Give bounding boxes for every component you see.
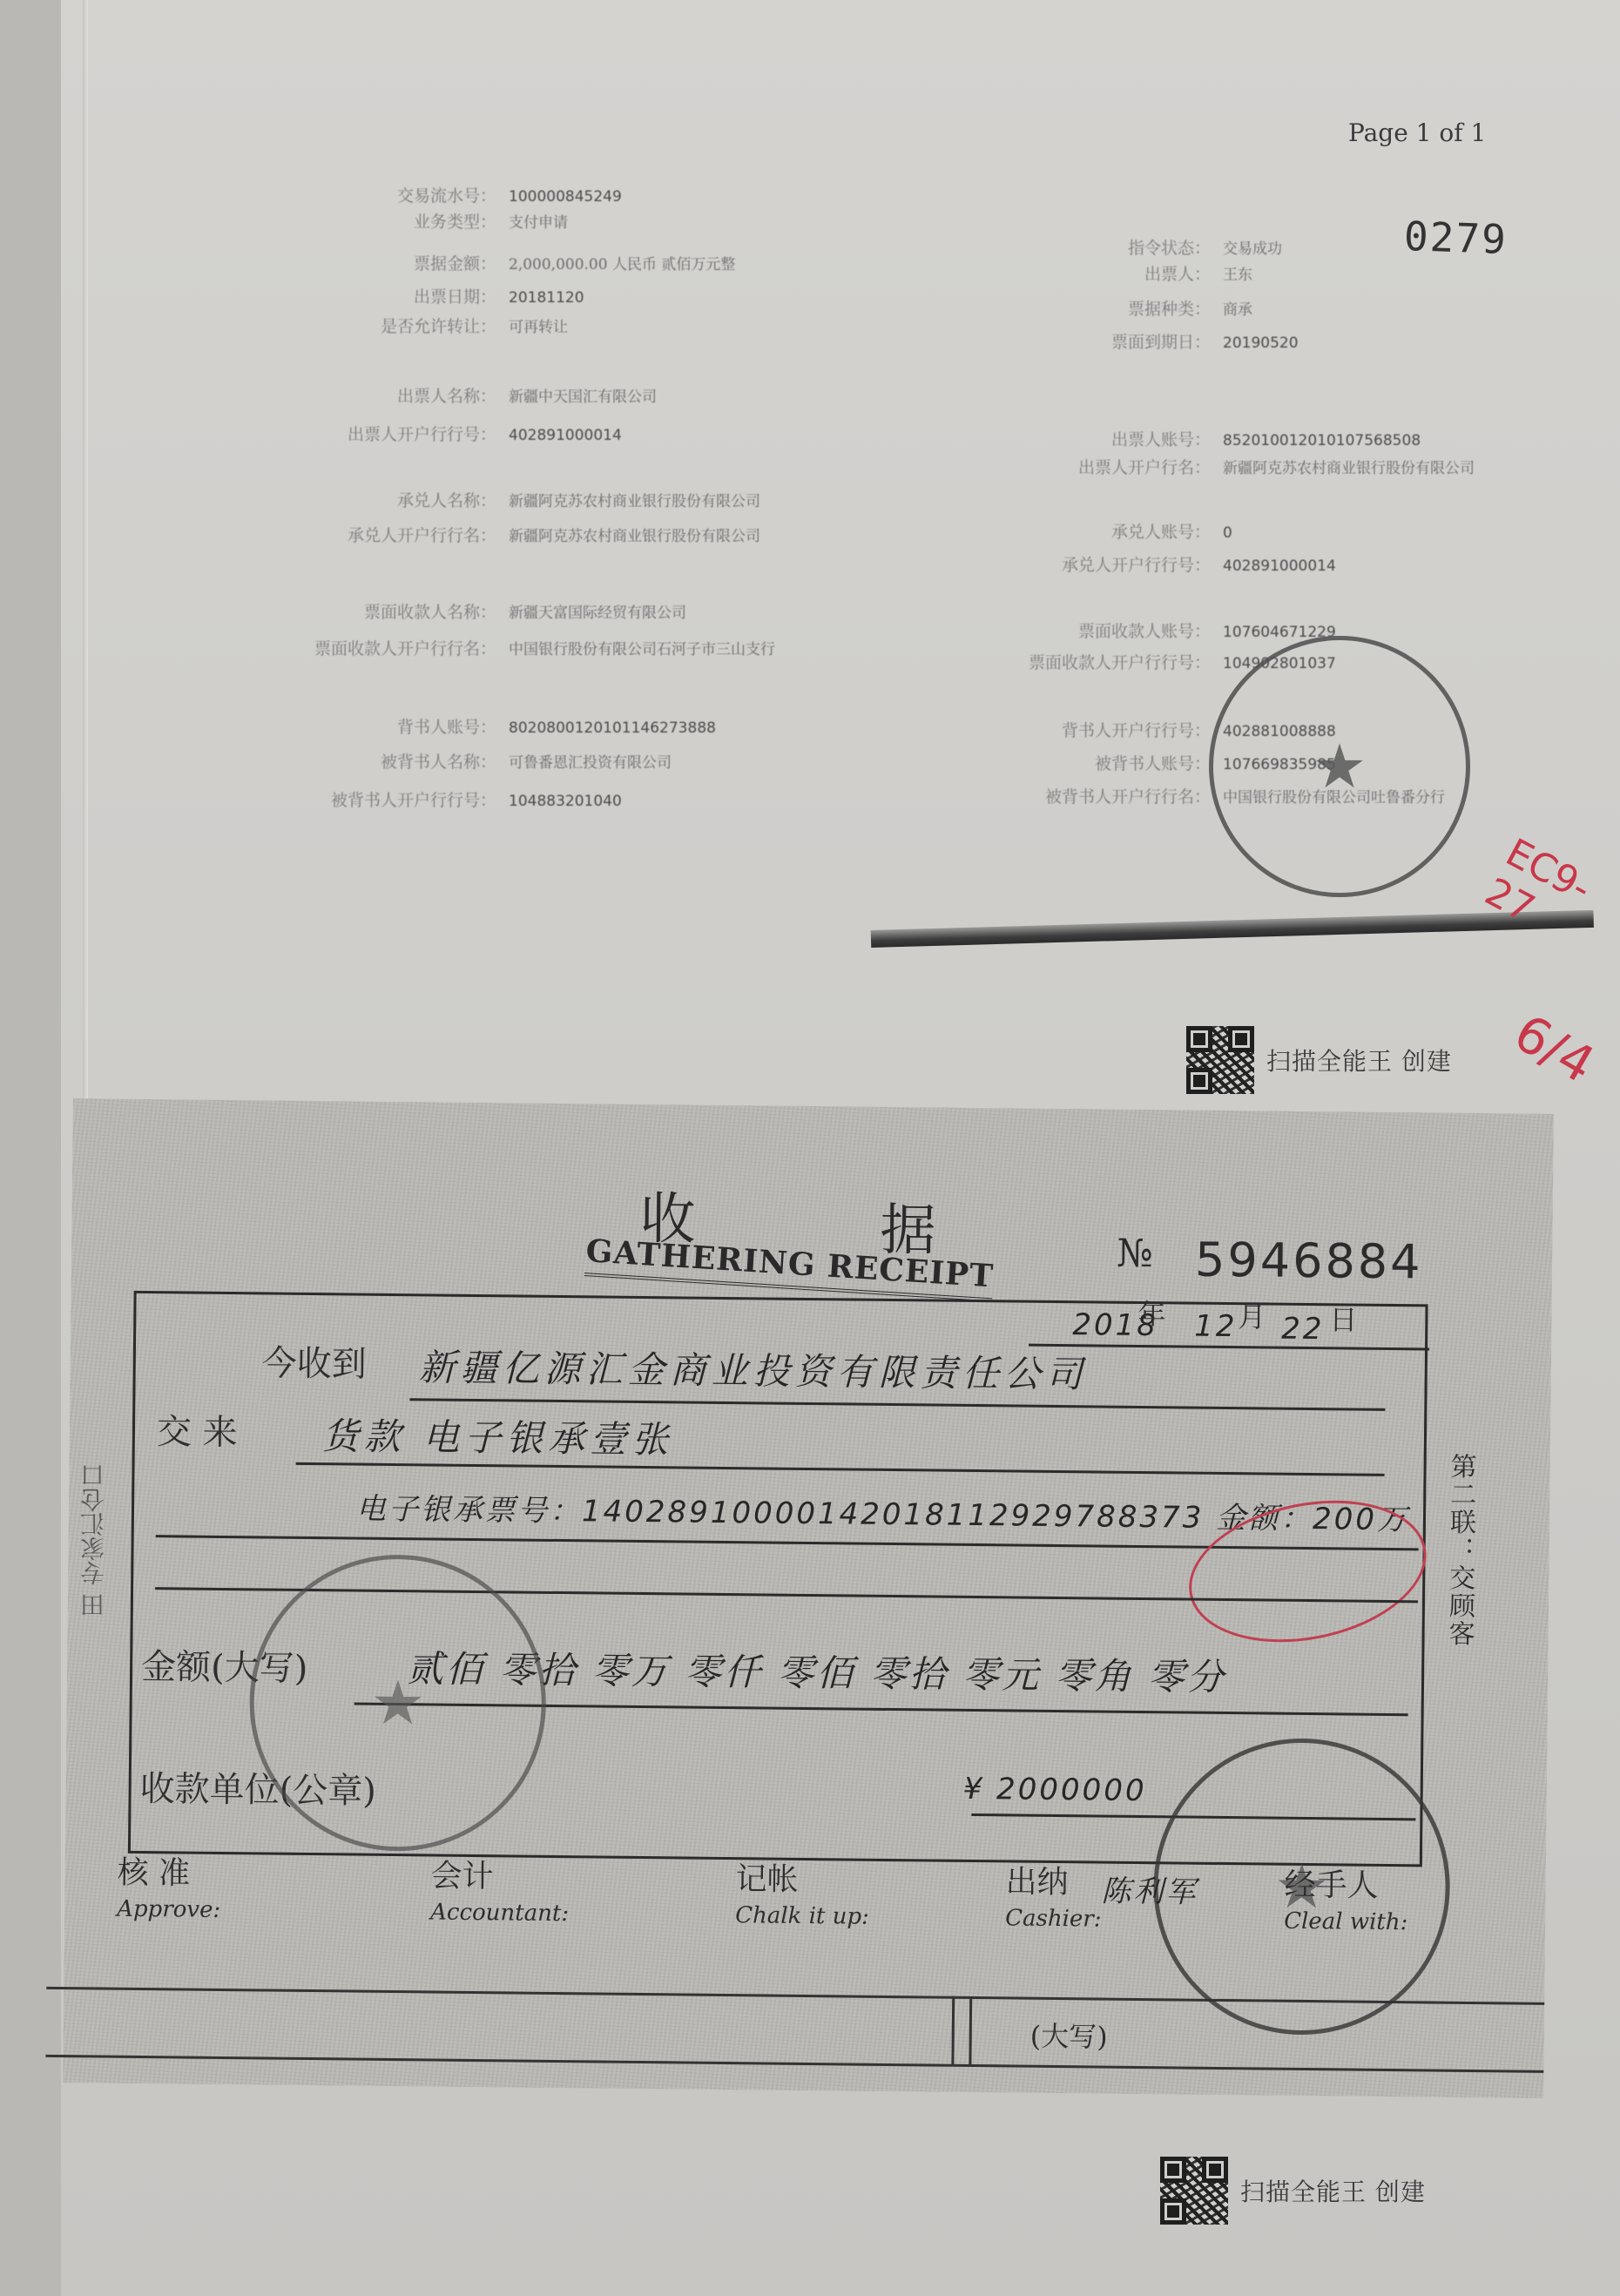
- bank-field-value: 可再转让: [509, 314, 568, 336]
- bank-field-row: 交易流水号：100000845249: [235, 183, 622, 206]
- bank-field-row: 出票人账号：852010012010107568508: [993, 427, 1421, 450]
- bank-field-label: 承兑人名称：: [235, 488, 496, 511]
- bank-field-row: 被背书人名称：可鲁番恩汇投资有限公司: [235, 749, 672, 773]
- bank-field-value: 8020800120101146273888: [509, 719, 716, 737]
- bank-field-label: 票面收款人账号：: [993, 618, 1211, 642]
- bank-field-label: 背书人账号：: [235, 714, 496, 738]
- bank-field-label: 出票人：: [993, 261, 1211, 285]
- watermark-text: 扫描全能王 创建: [1266, 1043, 1452, 1077]
- qr-code-icon: [1186, 1026, 1254, 1094]
- bank-field-label: 出票人开户行行号：: [235, 422, 496, 445]
- bank-field-row: 票面收款人开户行行名：中国银行股份有限公司石河子市三山支行: [235, 636, 775, 659]
- signature-cashier: 出纳 Cashier:: [1005, 1857, 1102, 1932]
- bank-field-label: 出票日期：: [235, 284, 496, 307]
- receipt-number: 5946884: [1195, 1232, 1423, 1290]
- stub-divider: [951, 1996, 955, 2066]
- bank-field-value: 商承: [1223, 297, 1252, 319]
- bank-field-label: 票据种类：: [993, 296, 1211, 320]
- bank-field-label: 指令状态：: [993, 235, 1211, 259]
- bank-field-value: 中国银行股份有限公司石河子市三山支行: [509, 637, 775, 658]
- watermark-text: 扫描全能王 创建: [1240, 2173, 1426, 2208]
- cashier-signature: 陈利军: [1101, 1867, 1198, 1911]
- bank-field-label: 票面收款人名称：: [235, 599, 496, 623]
- bank-field-label: 承兑人开户行行号：: [993, 552, 1211, 576]
- bank-field-row: 票据种类：商承: [993, 296, 1252, 320]
- bank-field-row: 票面收款人名称：新疆天富国际经贸有限公司: [235, 599, 686, 623]
- bank-field-label: 票面到期日：: [993, 329, 1211, 353]
- bank-field-value: 新疆阿克苏农村商业银行股份有限公司: [1223, 456, 1475, 477]
- bank-field-value: 支付申请: [509, 210, 568, 232]
- bank-field-label: 业务类型：: [235, 209, 496, 233]
- bank-field-row: 票面到期日：20190520: [993, 329, 1299, 353]
- bank-field-row: 指令状态：交易成功: [993, 235, 1282, 259]
- scanner-watermark-top: 扫描全能王 创建: [1186, 1026, 1452, 1094]
- bank-field-value: 王东: [1223, 262, 1252, 284]
- bank-field-label: 被背书人开户行行名：: [993, 784, 1211, 807]
- bank-field-label: 承兑人账号：: [993, 519, 1211, 543]
- bank-field-value: 可鲁番恩汇投资有限公司: [509, 750, 672, 772]
- gathering-receipt: 收 据 GATHERING RECEIPT № 5946884 2018 年 1…: [63, 1098, 1554, 2098]
- stub-label: (大写): [1030, 2015, 1108, 2056]
- bank-field-value: 402891000014: [509, 427, 622, 444]
- bank-field-value: 新疆中天国汇有限公司: [509, 384, 657, 406]
- bank-field-row: 出票人开户行行号：402891000014: [235, 422, 622, 445]
- stub-divider-2: [969, 1996, 972, 2066]
- bank-field-label: 是否允许转让：: [235, 314, 496, 337]
- amount-figure: ¥ 2000000: [963, 1772, 1147, 1808]
- stub-bottom-line: [45, 2055, 1543, 2073]
- page-indicator: Page 1 of 1: [1348, 118, 1486, 147]
- bank-field-row: 出票人开户行名：新疆阿克苏农村商业银行股份有限公司: [993, 455, 1475, 478]
- bank-field-row: 承兑人开户行行号：402891000014: [993, 552, 1336, 576]
- bank-field-row: 出票日期：20181120: [235, 284, 584, 307]
- star-icon: ★: [370, 1667, 426, 1739]
- bank-field-label: 背书人开户行行号：: [993, 718, 1211, 741]
- bank-field-value: 新疆阿克苏农村商业银行股份有限公司: [509, 489, 760, 510]
- received-from-label: 今收到: [262, 1335, 368, 1386]
- qr-code-icon: [1160, 2157, 1228, 2225]
- bank-field-value: 交易成功: [1223, 236, 1282, 258]
- signature-handler: 经手人 Cleal with:: [1284, 1860, 1408, 1935]
- bank-field-label: 被背书人开户行行号：: [235, 787, 496, 811]
- bank-field-value: 2,000,000.00 人民币 贰佰万元整: [509, 252, 735, 273]
- bank-field-row: 背书人账号：8020800120101146273888: [235, 714, 716, 738]
- bank-field-label: 出票人账号：: [993, 427, 1211, 450]
- bank-field-row: 承兑人名称：新疆阿克苏农村商业银行股份有限公司: [235, 488, 760, 511]
- bank-field-label: 承兑人开户行行名：: [235, 523, 496, 546]
- bank-field-label: 被背书人名称：: [235, 749, 496, 773]
- paid-for-label: 交 来: [157, 1404, 238, 1455]
- star-icon: ★: [1313, 731, 1367, 802]
- bank-field-value: 402891000014: [1223, 557, 1336, 575]
- bank-field-row: 承兑人账号：0: [993, 519, 1232, 543]
- bank-field-row: 承兑人开户行行名：新疆阿克苏农村商业银行股份有限公司: [235, 523, 760, 546]
- bank-field-value: 新疆阿克苏农村商业银行股份有限公司: [509, 523, 760, 545]
- stamped-number: 0279: [1403, 213, 1509, 263]
- receipt-number-label: №: [1117, 1232, 1153, 1276]
- bank-field-label: 票据金额：: [235, 251, 496, 274]
- bank-field-value: 100000845249: [509, 188, 622, 206]
- bank-field-row: 票据金额：2,000,000.00 人民币 贰佰万元整: [235, 251, 735, 274]
- bank-field-value: 新疆天富国际经贸有限公司: [509, 600, 686, 622]
- bank-field-label: 交易流水号：: [235, 183, 496, 206]
- bank-field-label: 票面收款人开户行行名：: [235, 636, 496, 659]
- left-margin-text: 田 专家汇仓口: [77, 1463, 111, 1617]
- bank-field-row: 是否允许转让：可再转让: [235, 314, 568, 337]
- company-seal-star-icon: ★: [1209, 636, 1470, 897]
- copy-designation: 第二联：交顾客: [1439, 1453, 1479, 1648]
- bank-field-row: 出票人名称：新疆中天国汇有限公司: [235, 383, 657, 407]
- bank-field-row: 票面收款人账号：107604671229: [993, 618, 1336, 642]
- bank-field-row: 出票人：王东: [993, 261, 1252, 285]
- signature-accountant: 会计 Accountant:: [430, 1851, 570, 1927]
- scanner-watermark-bottom: 扫描全能王 创建: [1160, 2157, 1426, 2225]
- bank-field-value: 20181120: [509, 289, 584, 307]
- signature-approve: 核 准 Approve:: [117, 1848, 221, 1923]
- bank-field-value: 104883201040: [509, 793, 622, 810]
- bank-field-label: 出票人名称：: [235, 383, 496, 407]
- bank-field-value: 852010012010107568508: [1223, 432, 1421, 449]
- bank-field-row: 业务类型：支付申请: [235, 209, 568, 233]
- bank-field-label: 被背书人账号：: [993, 751, 1211, 774]
- bank-field-row: 被背书人开户行行号：104883201040: [235, 787, 622, 811]
- bank-field-value: 0: [1223, 524, 1232, 542]
- bank-field-value: 20190520: [1223, 334, 1299, 352]
- bank-field-label: 出票人开户行名：: [993, 455, 1211, 478]
- received-from-value: 新疆亿源汇金商业投资有限责任公司: [418, 1339, 1088, 1398]
- bank-field-label: 票面收款人开户行行号：: [993, 650, 1211, 673]
- signature-chalk-it-up: 记帐 Chalk it up:: [735, 1854, 870, 1930]
- paid-for-value: 货款 电子银承壹张: [322, 1408, 674, 1463]
